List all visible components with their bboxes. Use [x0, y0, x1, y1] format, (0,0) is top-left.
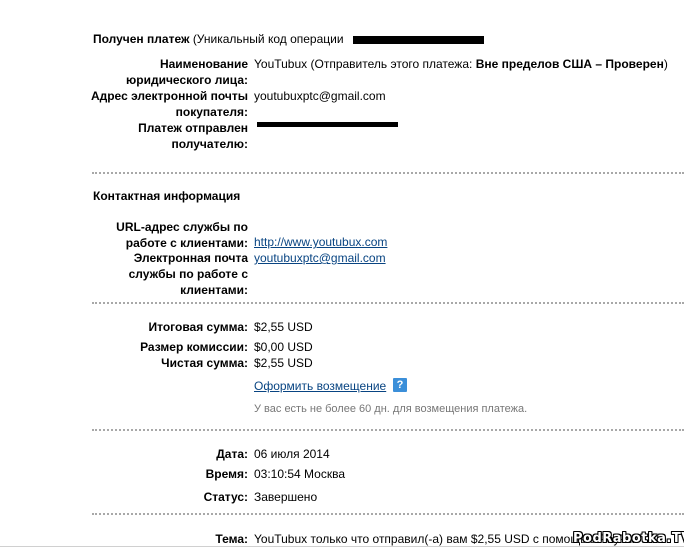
divider — [92, 302, 684, 304]
time-label: Время: — [100, 466, 248, 482]
date-value: 06 июля 2014 — [254, 446, 330, 462]
gross-amount-value: $2,55 USD — [254, 319, 313, 335]
sender-status-end: ) — [664, 57, 668, 71]
refund-note: У вас есть не более 60 дн. для возмещени… — [254, 401, 527, 417]
support-email-link[interactable]: youtubuxptc@gmail.com — [254, 250, 386, 266]
redacted-transaction-id — [353, 36, 484, 44]
sender-status-prefix: (Отправитель этого платежа: — [311, 57, 473, 71]
buyer-email-label: Адрес электронной почты покупателя: — [80, 88, 248, 120]
divider — [92, 172, 684, 174]
payment-details-page: Получен платеж (Уникальный код операции … — [0, 0, 684, 551]
gross-amount-label: Итоговая сумма: — [100, 319, 248, 335]
net-amount-label: Чистая сумма: — [100, 355, 248, 371]
payment-recipient-label: Платеж отправлен получателю: — [110, 120, 248, 152]
transaction-id-label: (Уникальный код операции — [193, 32, 344, 46]
legal-name-value: YouTubux (Отправитель этого платежа: Вне… — [254, 56, 668, 72]
subject-label: Тема: — [100, 531, 248, 547]
legal-name-label: Наименование юридического лица: — [100, 56, 248, 88]
sender-status: Вне пределов США – Проверен — [476, 57, 664, 71]
bottom-border — [0, 546, 684, 547]
support-url-link[interactable]: http://www.youtubux.com — [254, 234, 387, 250]
watermark-logo: PodRabotka.TV — [573, 531, 684, 546]
status-value: Завершено — [254, 489, 317, 505]
support-email-label: Электронная почта службы по работе с кли… — [100, 250, 248, 298]
payment-heading-title: Получен платеж — [93, 32, 189, 46]
help-icon[interactable]: ? — [393, 378, 407, 392]
sender-name: YouTubux — [254, 57, 307, 71]
contact-heading: Контактная информация — [93, 189, 240, 203]
fee-amount-value: $0,00 USD — [254, 339, 313, 355]
buyer-email-value: youtubuxptc@gmail.com — [254, 88, 386, 104]
status-label: Статус: — [100, 489, 248, 505]
date-label: Дата: — [100, 446, 248, 462]
time-value: 03:10:54 Москва — [254, 466, 345, 482]
support-url-label: URL-адрес службы по работе с клиентами: — [100, 219, 248, 251]
payment-heading: Получен платеж (Уникальный код операции — [93, 32, 344, 46]
net-amount-value: $2,55 USD — [254, 355, 313, 371]
redacted-recipient — [257, 122, 398, 127]
divider — [92, 429, 684, 431]
issue-refund-link[interactable]: Оформить возмещение — [254, 378, 386, 394]
fee-amount-label: Размер комиссии: — [100, 339, 248, 355]
divider — [92, 513, 684, 515]
